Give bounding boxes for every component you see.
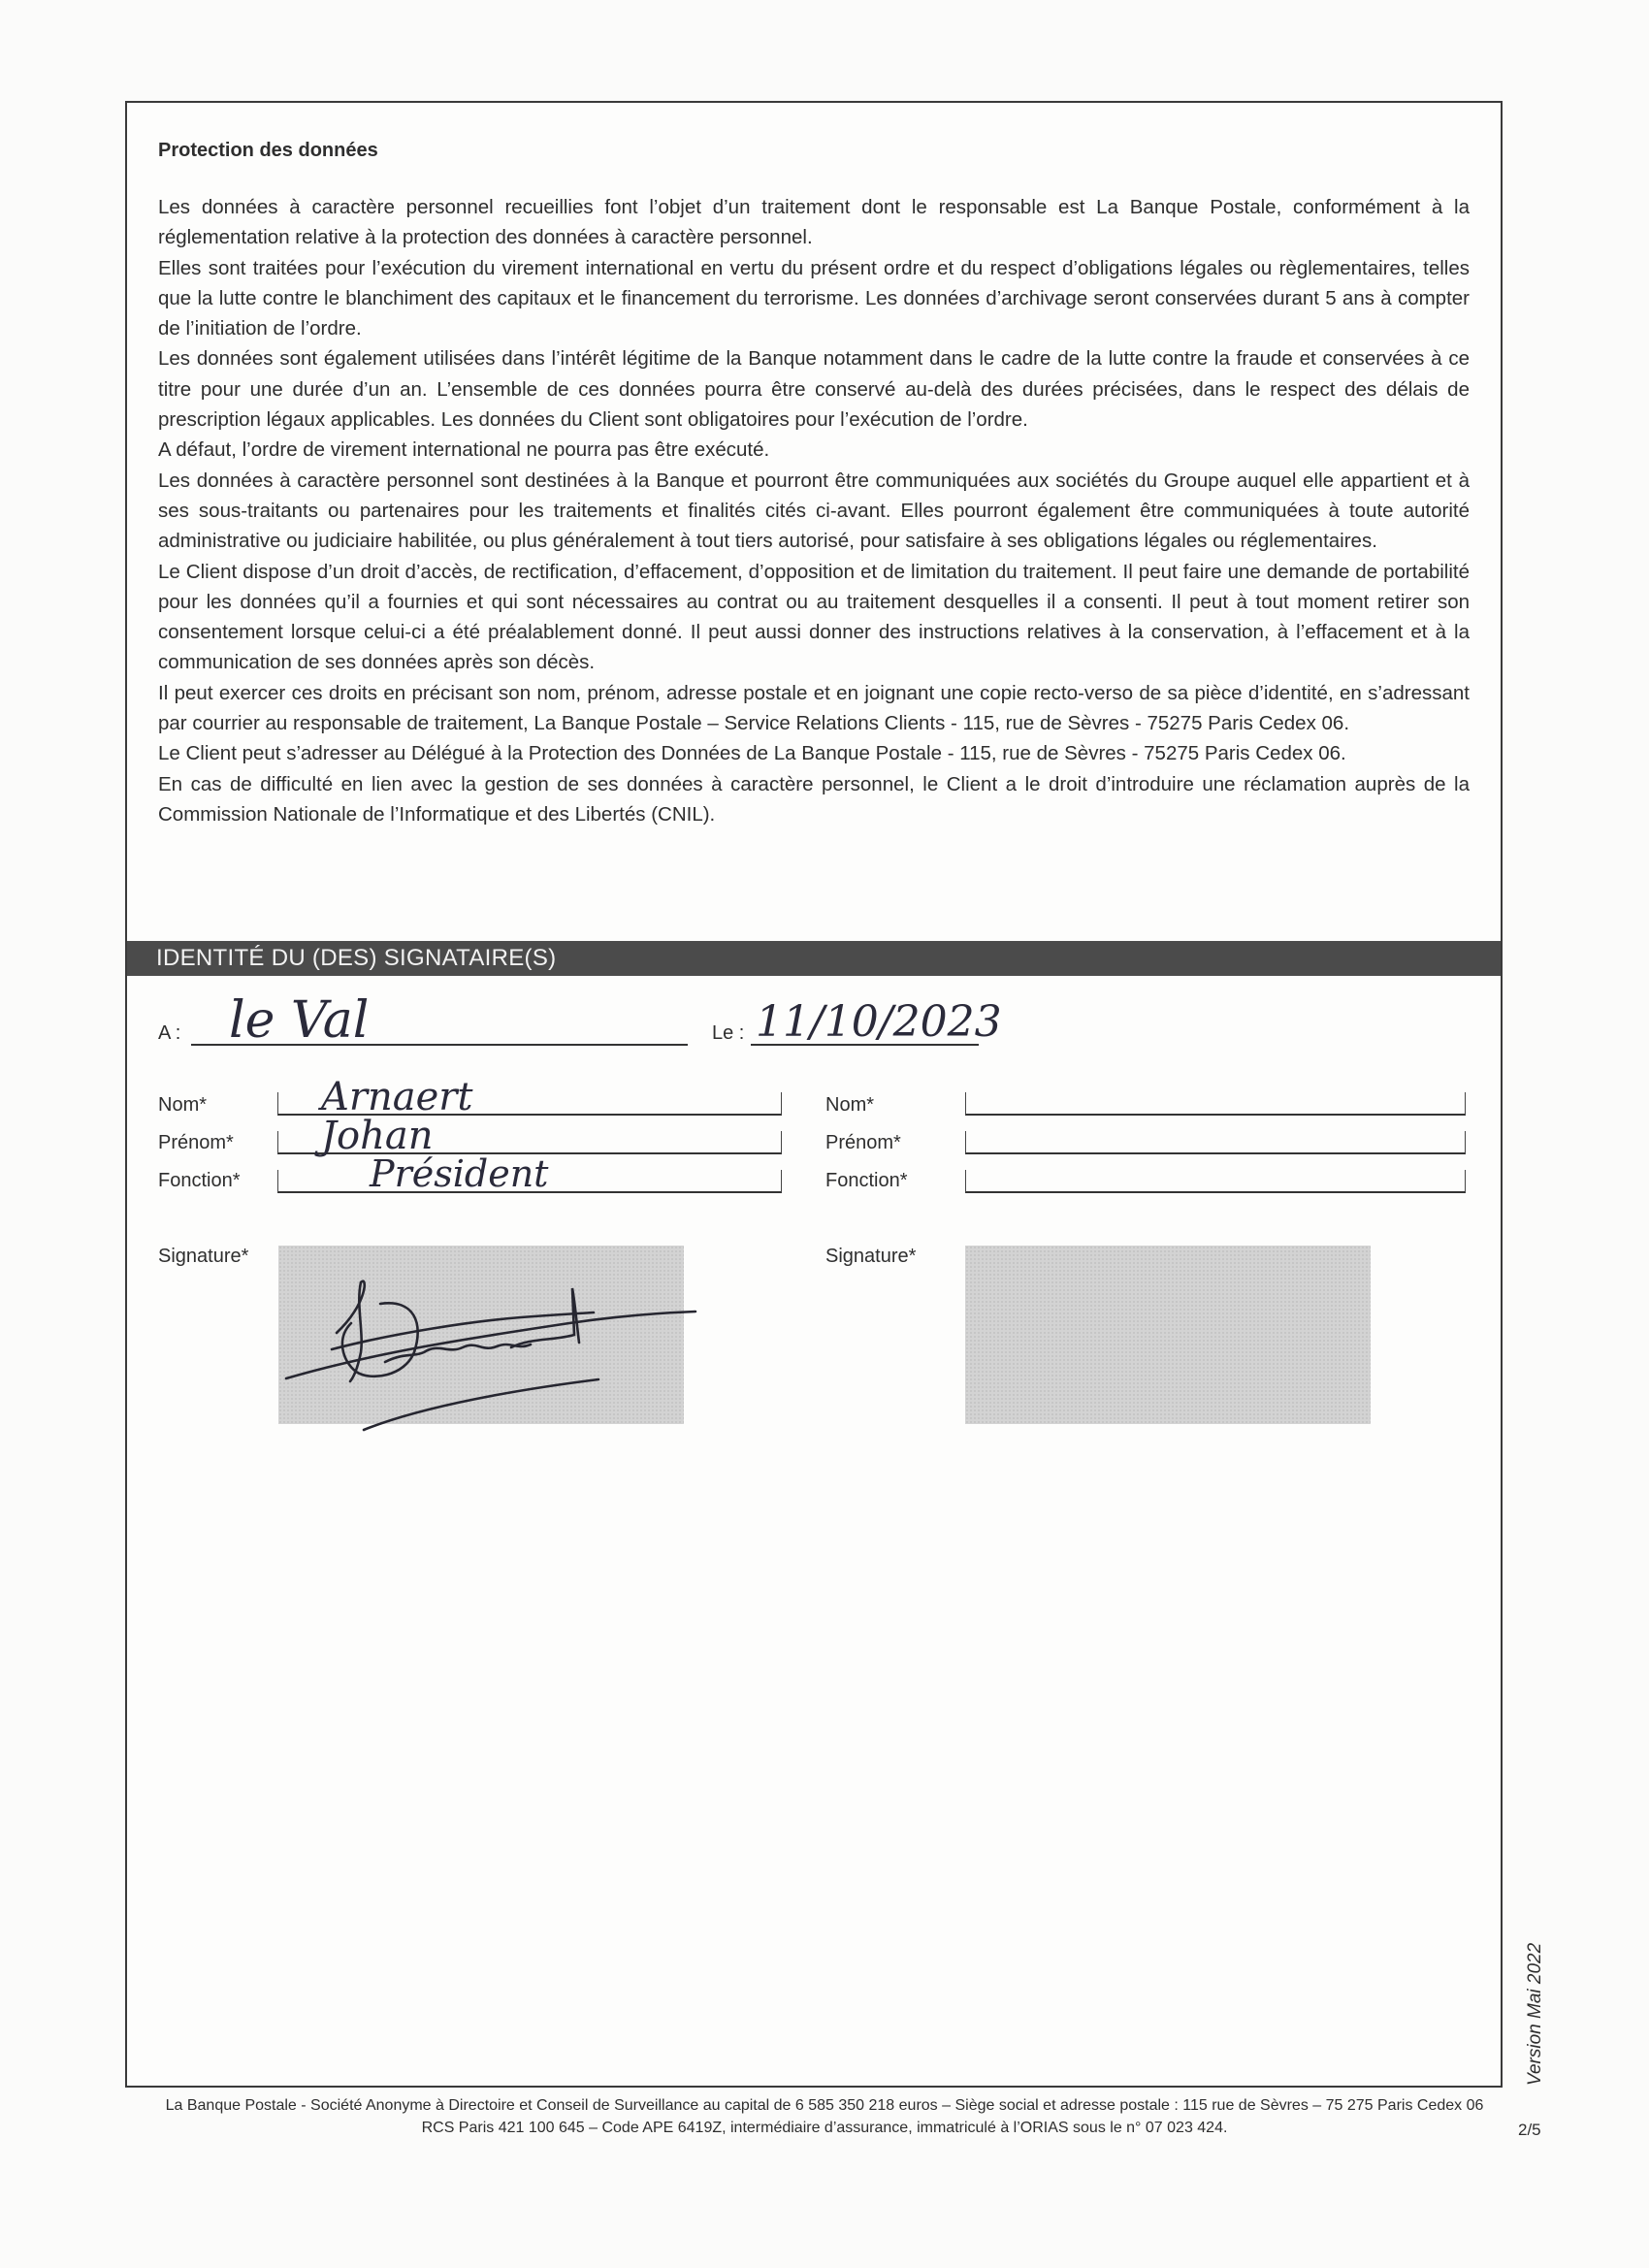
left-signature-box[interactable] [278, 1246, 684, 1424]
place-value: le Val [229, 991, 369, 1050]
right-fonction-field[interactable] [965, 1170, 1466, 1193]
form-frame: Protection des données Les données à car… [125, 101, 1503, 2088]
paragraph: Le Client dispose d’un droit d’accès, de… [158, 557, 1470, 678]
data-protection-text: Les données à caractère personnel recuei… [158, 192, 1470, 829]
left-signature-label: Signature* [158, 1246, 248, 1268]
left-fonction-value: Président [370, 1152, 548, 1195]
paragraph: Les données à caractère personnel sont d… [158, 466, 1470, 557]
right-prenom-label: Prénom* [825, 1132, 901, 1154]
right-signature-box[interactable] [965, 1246, 1371, 1424]
paragraph: En cas de difficulté en lien avec la ges… [158, 769, 1470, 830]
paragraph: A défaut, l’ordre de virement internatio… [158, 435, 1470, 465]
right-prenom-field[interactable] [965, 1131, 1466, 1154]
signatories-header: IDENTITÉ DU (DES) SIGNATAIRE(S) [127, 941, 1501, 976]
date-label: Le : [712, 1022, 744, 1045]
paragraph: Les données à caractère personnel recuei… [158, 192, 1470, 253]
left-nom-label: Nom* [158, 1094, 207, 1117]
page-number: 2/5 [1518, 2121, 1541, 2140]
paragraph: Le Client peut s’adresser au Délégué à l… [158, 738, 1470, 768]
right-signature-label: Signature* [825, 1246, 916, 1268]
right-nom-label: Nom* [825, 1094, 874, 1117]
date-value: 11/10/2023 [756, 997, 1002, 1047]
section-title: Protection des données [158, 140, 378, 162]
paragraph: Les données sont également utilisées dan… [158, 343, 1470, 435]
footer-legal-line-1: La Banque Postale - Société Anonyme à Di… [0, 2097, 1649, 2115]
place-label: A : [158, 1022, 180, 1045]
footer-legal-line-2: RCS Paris 421 100 645 – Code APE 6419Z, … [0, 2120, 1649, 2137]
handwritten-signature-icon [278, 1246, 725, 1424]
version-label: Version Mai 2022 [1525, 1943, 1546, 2086]
right-nom-field[interactable] [965, 1092, 1466, 1116]
left-fonction-label: Fonction* [158, 1170, 241, 1192]
paragraph: Il peut exercer ces droits en précisant … [158, 678, 1470, 739]
paragraph: Elles sont traitées pour l’exécution du … [158, 253, 1470, 344]
left-prenom-label: Prénom* [158, 1132, 234, 1154]
right-fonction-label: Fonction* [825, 1170, 908, 1192]
